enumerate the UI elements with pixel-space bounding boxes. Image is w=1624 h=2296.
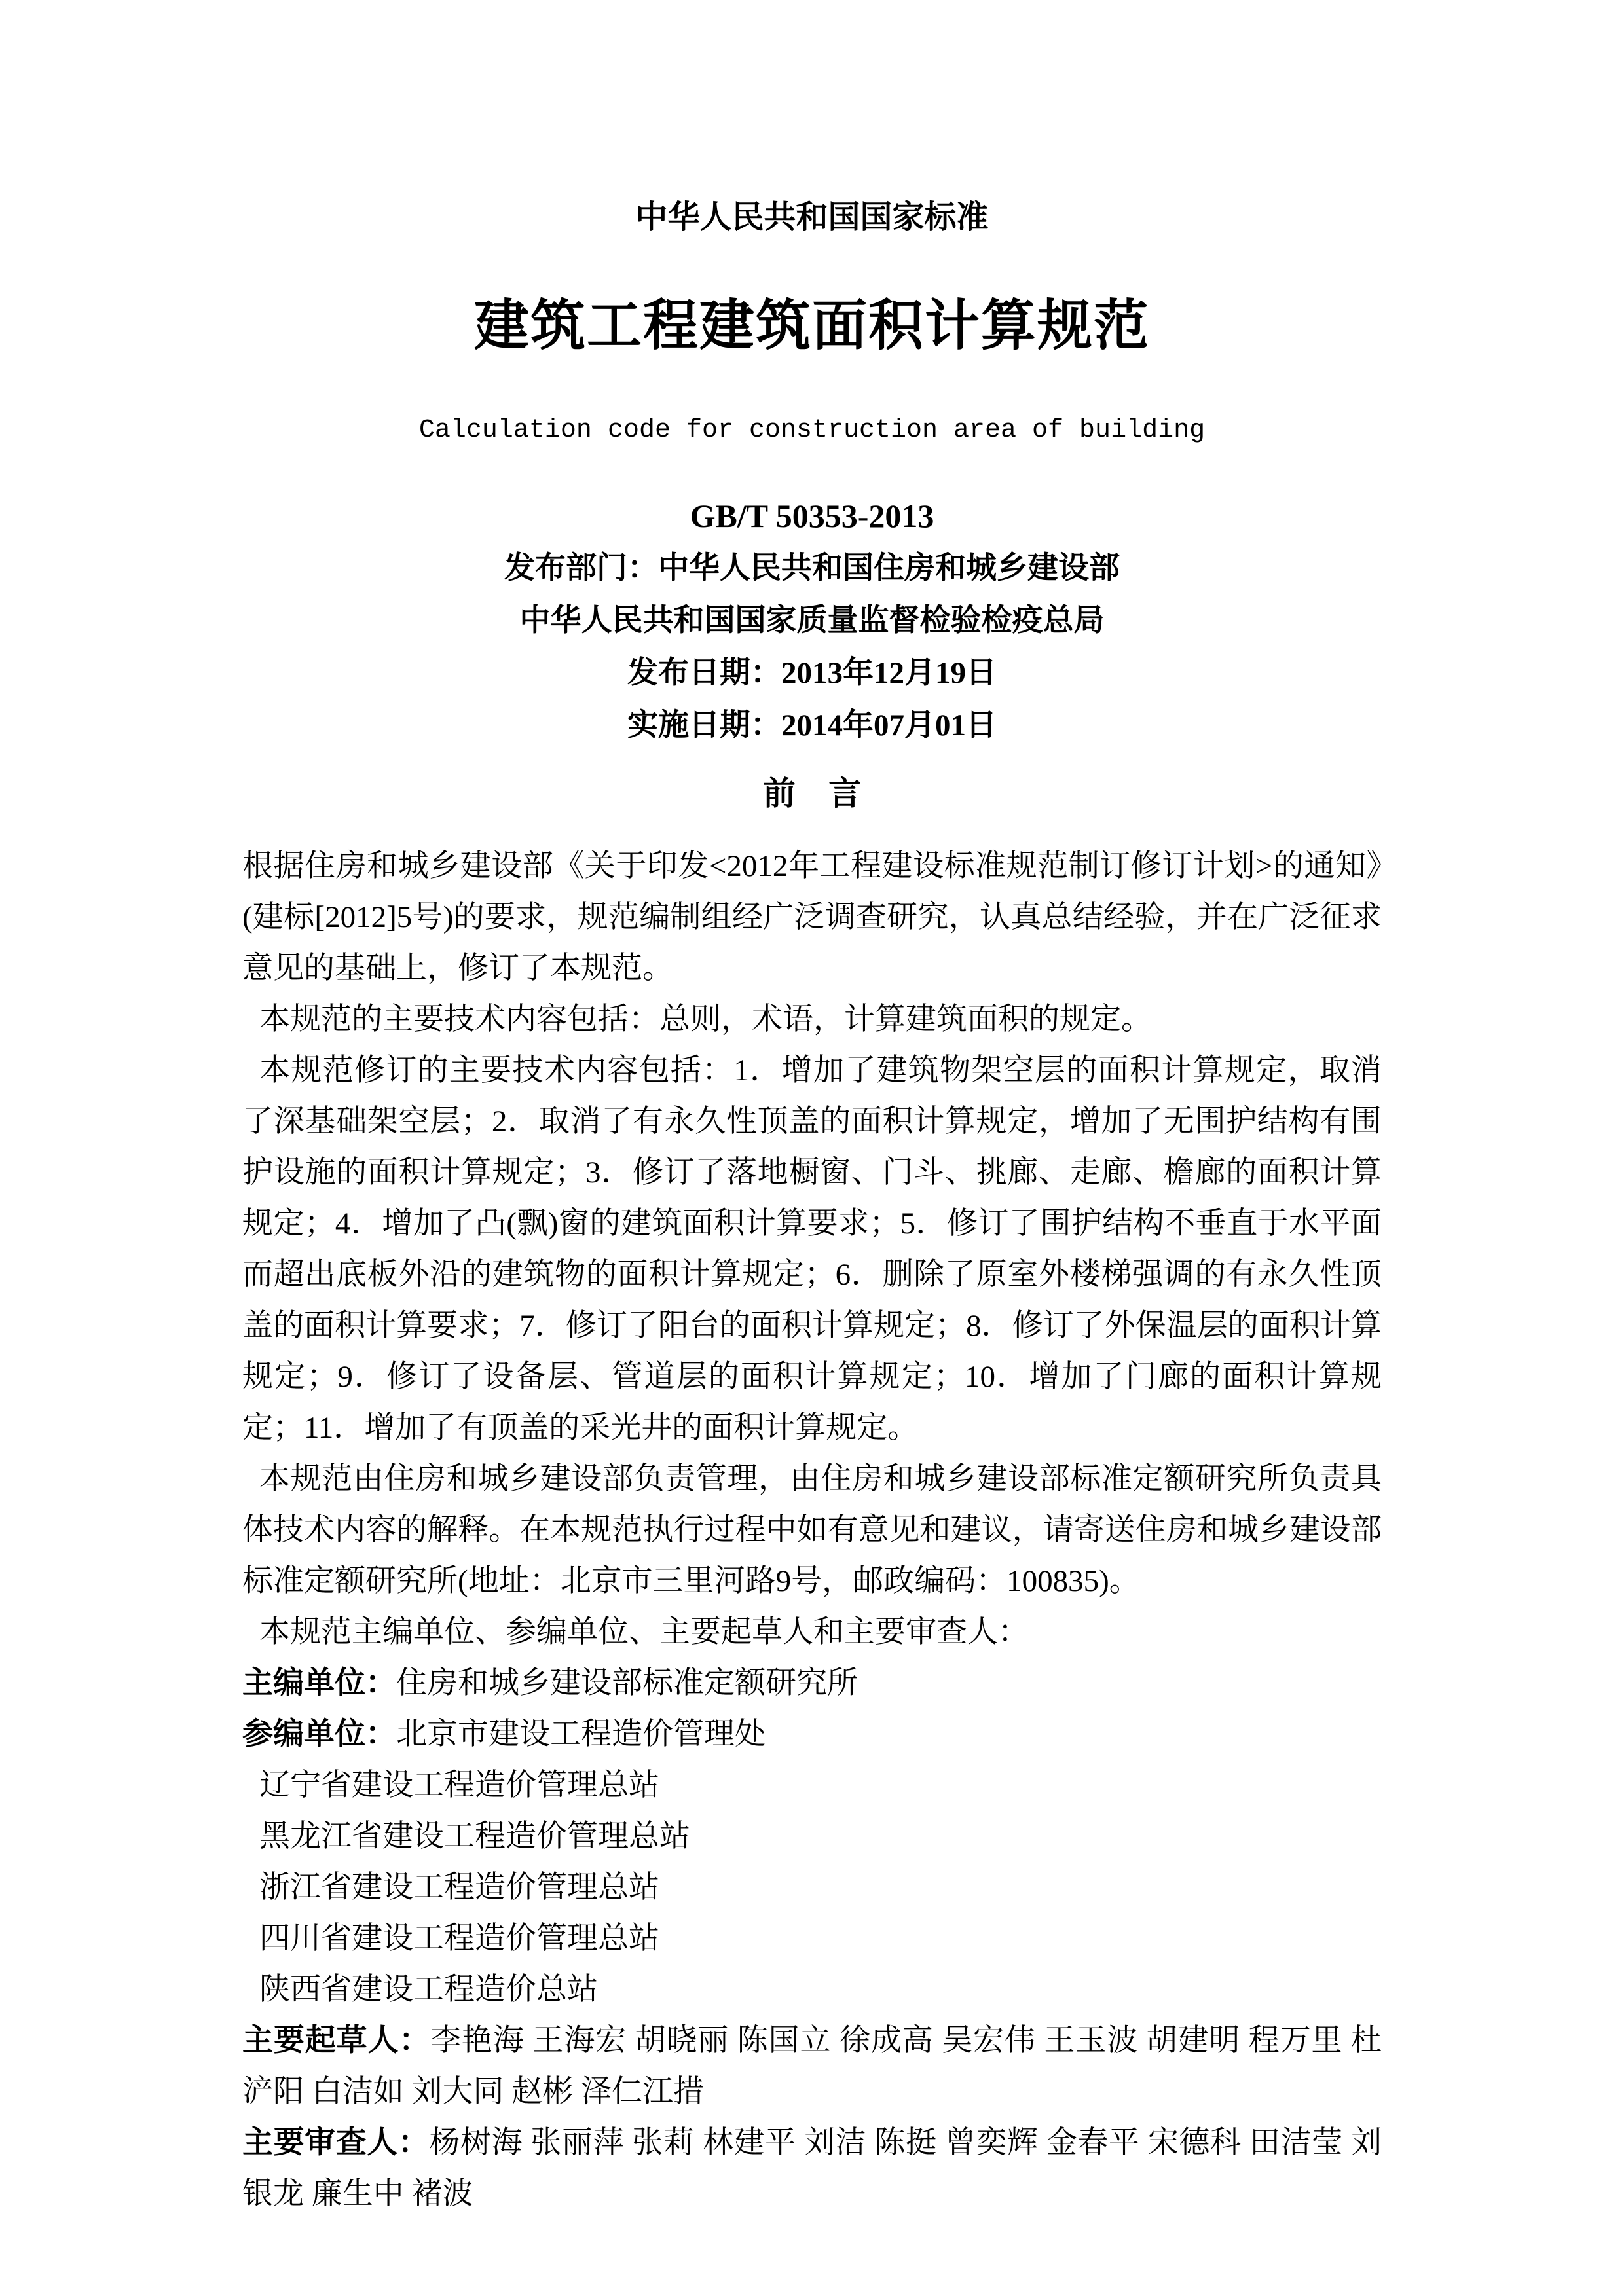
- foreword-heading: 前 言: [242, 767, 1382, 820]
- standard-label: 中华人民共和国国家标准: [242, 196, 1382, 238]
- document-title: 建筑工程建筑面积计算规范: [242, 291, 1382, 363]
- drafters-line: 主要起草人：李艳海 王海宏 胡晓丽 陈国立 徐成高 吴宏伟 王玉波 胡建明 程万…: [242, 2015, 1382, 2117]
- chief-editor-label: 主编单位：: [242, 1666, 396, 1700]
- foreword-paragraph-basis: 根据住房和城乡建设部《关于印发<2012年工程建设标准规范制订修订计划>的通知》…: [242, 841, 1382, 994]
- chief-editor-value: 住房和城乡建设部标准定额研究所: [396, 1666, 858, 1700]
- foreword-paragraph-main-contents: 本规范的主要技术内容包括：总则，术语，计算建筑面积的规定。: [242, 994, 1382, 1045]
- reviewers-line: 主要审查人：杨树海 张丽萍 张莉 林建平 刘洁 陈挺 曾奕辉 金春平 宋德科 田…: [242, 2117, 1382, 2219]
- chief-editor-line: 主编单位：住房和城乡建设部标准定额研究所: [242, 1658, 1382, 1709]
- participating-units-first-value: 北京市建设工程造价管理处: [396, 1717, 766, 1751]
- document-title-english: Calculation code for construction area o…: [242, 414, 1382, 448]
- standard-number: GB/T 50353-2013: [242, 490, 1382, 542]
- drafters-label: 主要起草人：: [242, 2024, 430, 2058]
- participating-unit-zhejiang: 浙江省建设工程造价管理总站: [242, 1862, 1382, 1913]
- issuing-department-line-2: 中华人民共和国国家质量监督检验检疫总局: [242, 594, 1382, 647]
- foreword-paragraph-revision-contents: 本规范修订的主要技术内容包括：1．增加了建筑物架空层的面积计算规定，取消了深基础…: [242, 1045, 1382, 1453]
- foreword-body: 根据住房和城乡建设部《关于印发<2012年工程建设标准规范制订修订计划>的通知》…: [242, 841, 1382, 2219]
- participating-units-line: 参编单位：北京市建设工程造价管理处: [242, 1709, 1382, 1760]
- foreword-paragraph-management: 本规范由住房和城乡建设部负责管理，由住房和城乡建设部标准定额研究所负责具体技术内…: [242, 1453, 1382, 1607]
- document-page: 中华人民共和国国家标准 建筑工程建筑面积计算规范 Calculation cod…: [0, 0, 1624, 2296]
- reviewers-label: 主要审查人：: [242, 2126, 429, 2160]
- foreword-paragraph-units-intro: 本规范主编单位、参编单位、主要起草人和主要审查人：: [242, 1607, 1382, 1658]
- participating-units-label: 参编单位：: [242, 1717, 396, 1751]
- implementation-date-line: 实施日期：2014年07月01日: [242, 699, 1382, 752]
- issuing-department-line: 发布部门：中华人民共和国住房和城乡建设部: [242, 542, 1382, 594]
- participating-unit-sichuan: 四川省建设工程造价管理总站: [242, 1913, 1382, 1964]
- participating-unit-shaanxi: 陕西省建设工程造价总站: [242, 1964, 1382, 2015]
- participating-unit-liaoning: 辽宁省建设工程造价管理总站: [242, 1760, 1382, 1811]
- issue-date-line: 发布日期：2013年12月19日: [242, 647, 1382, 699]
- participating-unit-heilongjiang: 黑龙江省建设工程造价管理总站: [242, 1811, 1382, 1862]
